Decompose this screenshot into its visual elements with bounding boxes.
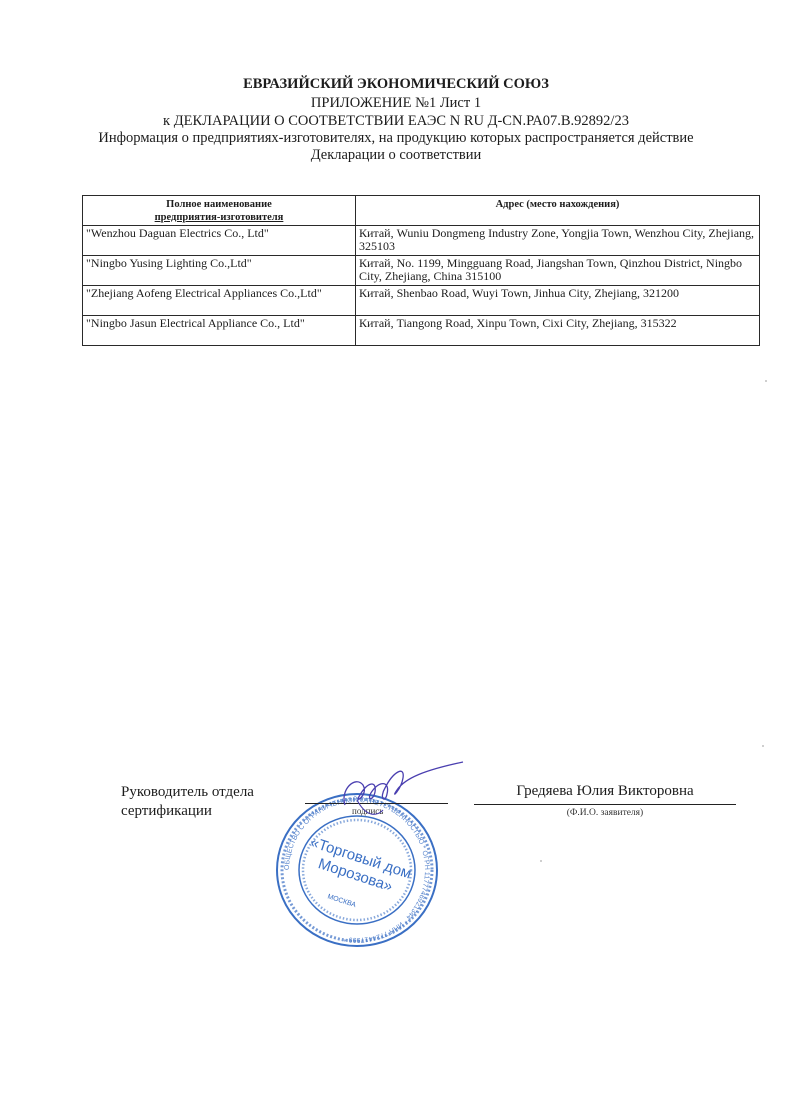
table-row: "Ningbo Yusing Lighting Co.,Ltd" Китай, … <box>83 256 760 286</box>
appendix-title: ПРИЛОЖЕНИЕ №1 Лист 1 <box>0 95 792 112</box>
table-header-row: Полное наименование предприятия-изготови… <box>83 196 760 226</box>
header-name-line2: предприятия-изготовителя <box>86 211 352 224</box>
info-line-1: Информация о предприятиях-изготовителях,… <box>0 130 792 147</box>
table-row: "Wenzhou Daguan Electrics Co., Ltd" Кита… <box>83 226 760 256</box>
manufacturer-name: "Zhejiang Aofeng Electrical Appliances C… <box>83 286 356 316</box>
signer-role: Руководитель отдела сертификации <box>121 783 254 821</box>
info-line-2: Декларации о соответствии <box>0 147 792 164</box>
signer-role-line2: сертификации <box>121 802 254 821</box>
scan-speck <box>540 860 542 862</box>
header-manufacturer-name: Полное наименование предприятия-изготови… <box>83 196 356 226</box>
scan-speck <box>762 745 764 747</box>
manufacturers-table: Полное наименование предприятия-изготови… <box>82 195 760 346</box>
manufacturer-name: "Wenzhou Daguan Electrics Co., Ltd" <box>83 226 356 256</box>
manufacturer-name: "Ningbo Jasun Electrical Appliance Co., … <box>83 316 356 346</box>
union-title: ЕВРАЗИЙСКИЙ ЭКОНОМИЧЕСКИЙ СОЮЗ <box>0 76 792 93</box>
header-address: Адрес (место нахождения) <box>356 196 760 226</box>
stamp-city: МОСКВА <box>326 893 357 909</box>
signer-name: Гредяева Юлия Викторовна <box>474 783 736 800</box>
declaration-number: к ДЕКЛАРАЦИИ О СООТВЕТСТВИИ ЕАЭС N RU Д-… <box>0 113 792 130</box>
scan-speck <box>765 380 767 382</box>
handwritten-signature <box>335 760 465 820</box>
manufacturer-address: Китай, Shenbao Road, Wuyi Town, Jinhua C… <box>356 286 760 316</box>
manufacturer-name: "Ningbo Yusing Lighting Co.,Ltd" <box>83 256 356 286</box>
signer-role-line1: Руководитель отдела <box>121 783 254 802</box>
manufacturer-address: Китай, Wuniu Dongmeng Industry Zone, Yon… <box>356 226 760 256</box>
name-caption: (Ф.И.О. заявителя) <box>474 808 736 818</box>
name-line <box>474 804 736 805</box>
table-row: "Zhejiang Aofeng Electrical Appliances C… <box>83 286 760 316</box>
table-row: "Ningbo Jasun Electrical Appliance Co., … <box>83 316 760 346</box>
manufacturer-address: Китай, No. 1199, Mingguang Road, Jiangsh… <box>356 256 760 286</box>
header-name-line1: Полное наименование <box>86 198 352 211</box>
manufacturer-address: Китай, Tiangong Road, Xinpu Town, Cixi C… <box>356 316 760 346</box>
